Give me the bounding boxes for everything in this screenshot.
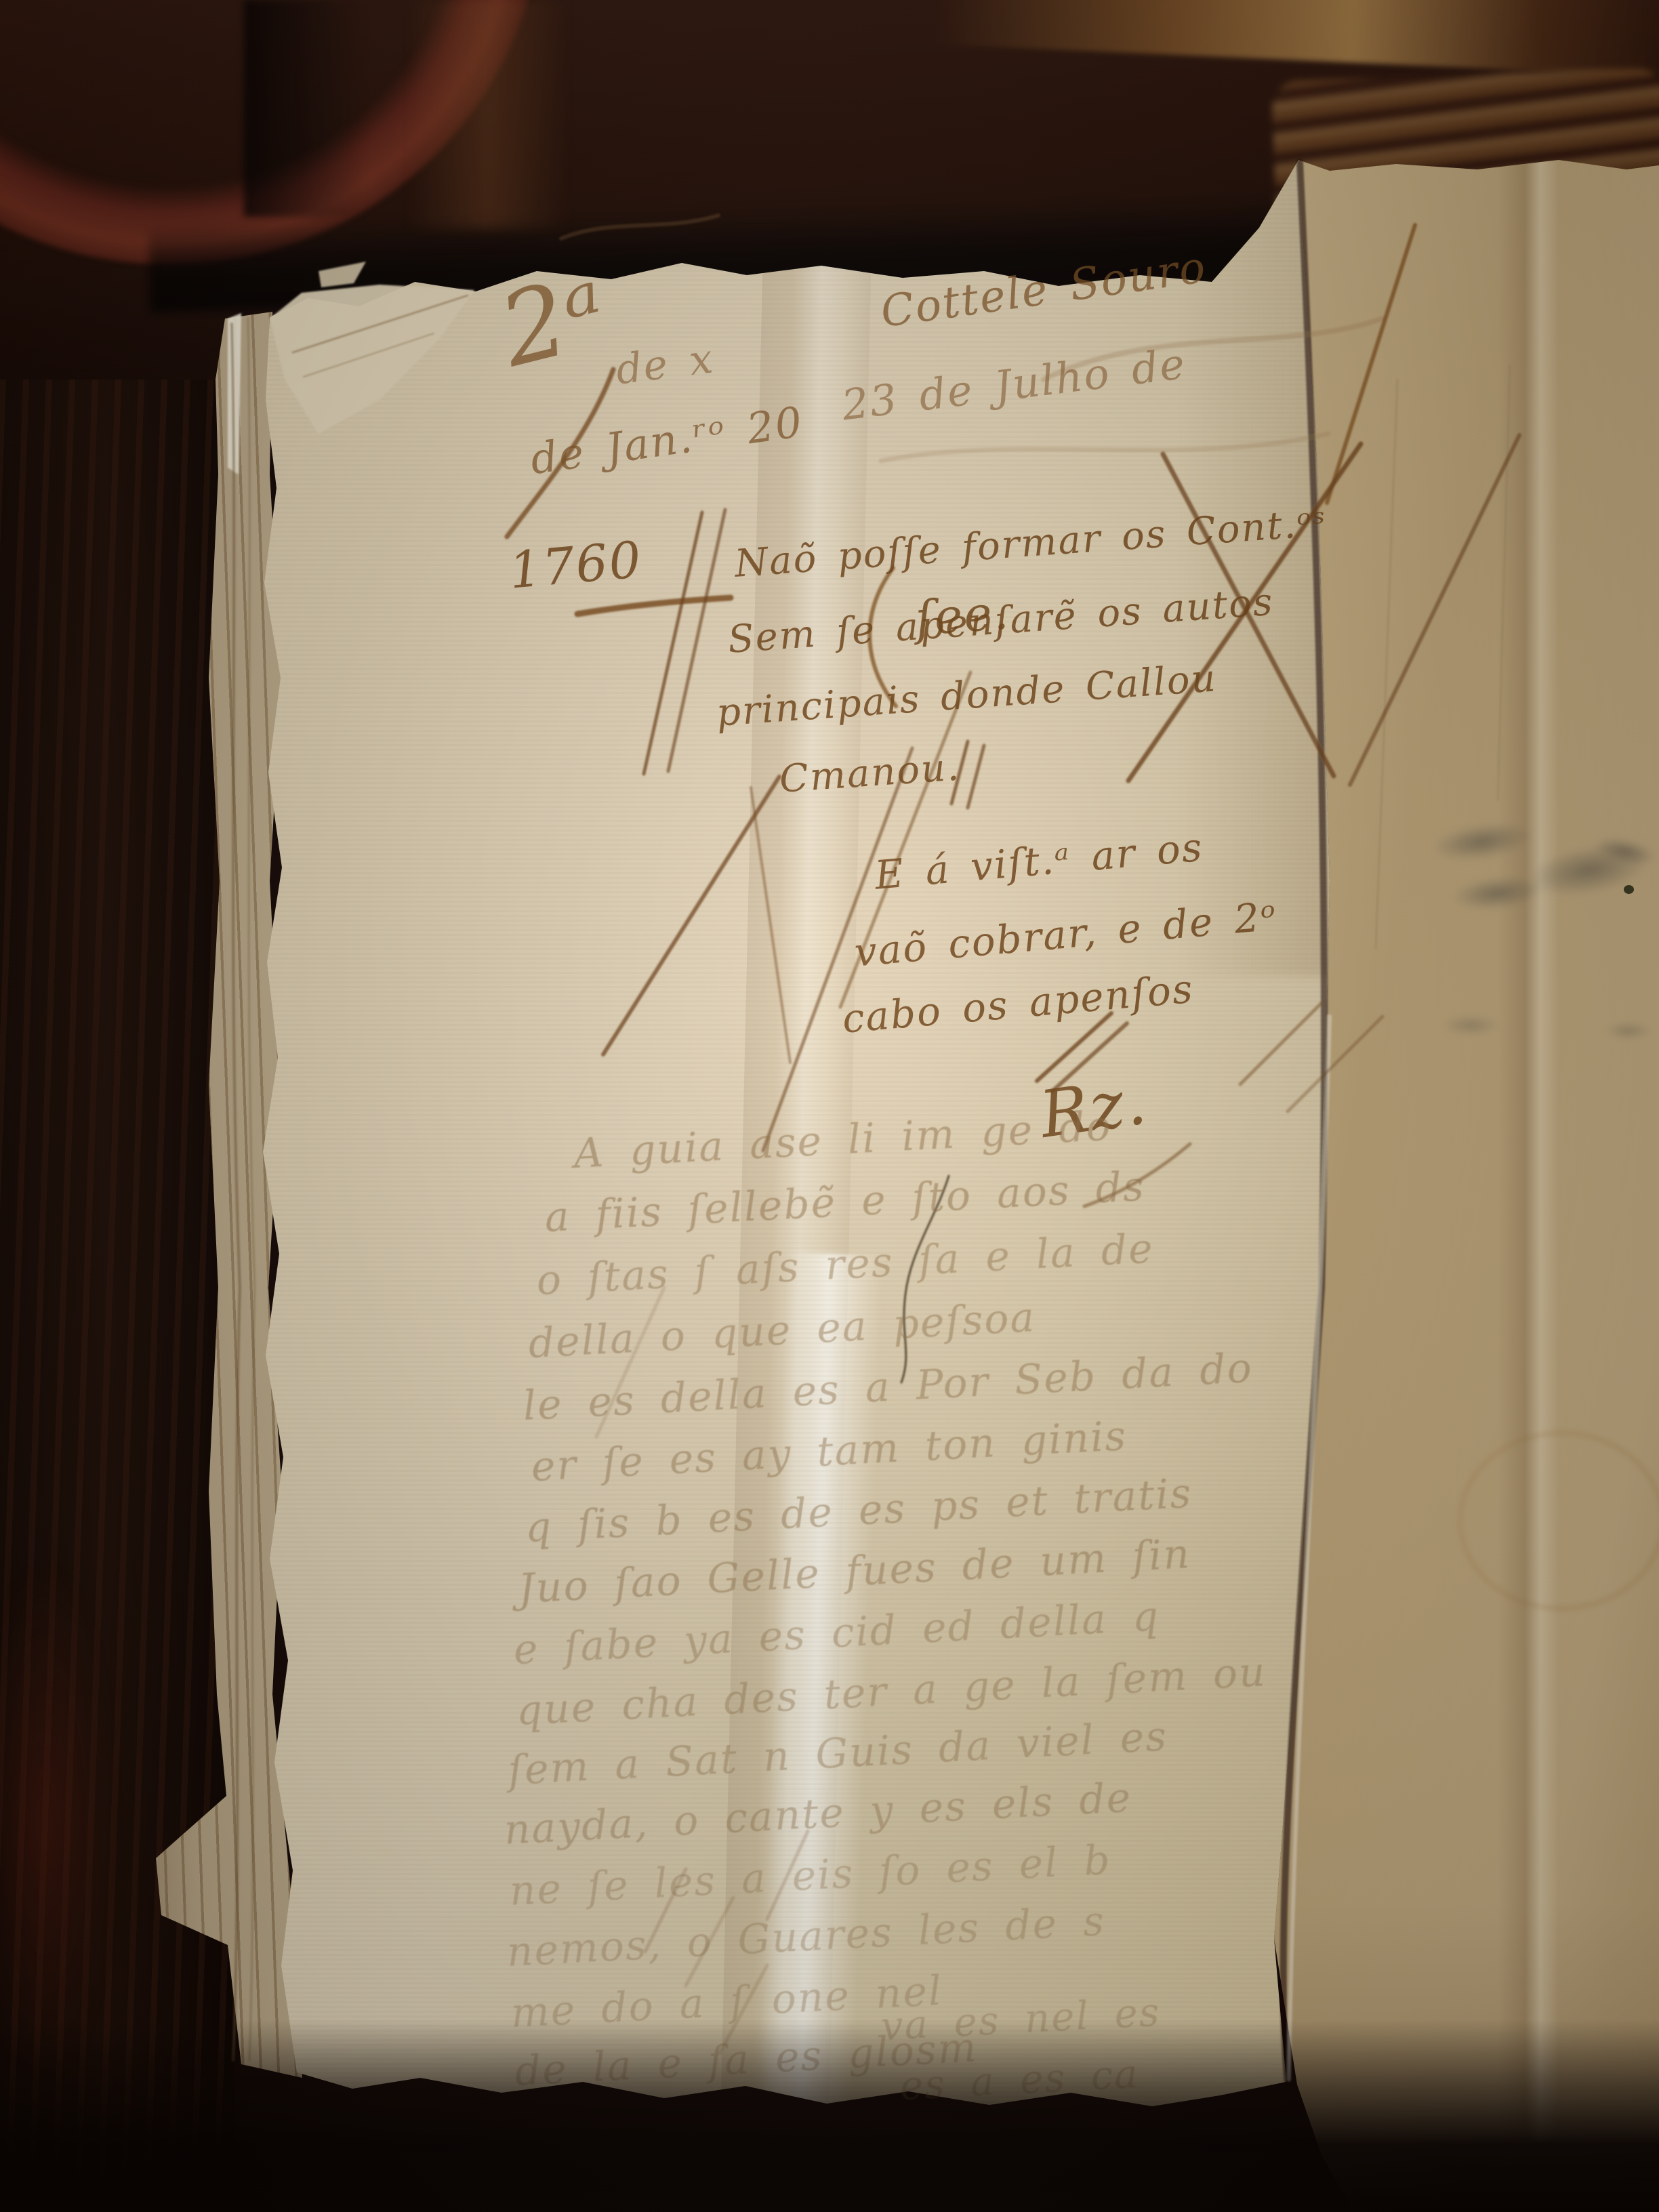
manuscript-photo: 2ᵃ de x de Jan.ʳᵒ 20 1760 Cottele Souro … — [0, 0, 1659, 2212]
pen-slash — [603, 777, 779, 1054]
pen-slash — [644, 512, 702, 774]
date-dash — [577, 598, 731, 614]
pen-slash — [668, 510, 725, 771]
stack-edge-line — [232, 324, 240, 2060]
pen-slash — [1288, 1017, 1382, 1111]
torn-paper-bit — [319, 262, 366, 287]
double-slash-mark — [968, 745, 984, 808]
pen-slash — [1327, 225, 1415, 503]
heading-year: 1760 — [507, 531, 644, 600]
stack-edge-line — [248, 319, 255, 2060]
paper-crease — [1498, 366, 1510, 800]
ghost-writing — [561, 216, 718, 239]
folio-edge-highlight — [1289, 1017, 1330, 2079]
pen-slash — [751, 787, 790, 1063]
pen-slash — [1350, 435, 1519, 785]
ghost-flourish — [881, 434, 1328, 461]
paper-crease — [1376, 380, 1397, 949]
pen-slash — [1240, 1003, 1322, 1084]
torn-corner-flap — [270, 285, 474, 434]
page-gap-shadow — [1284, 163, 1325, 2082]
